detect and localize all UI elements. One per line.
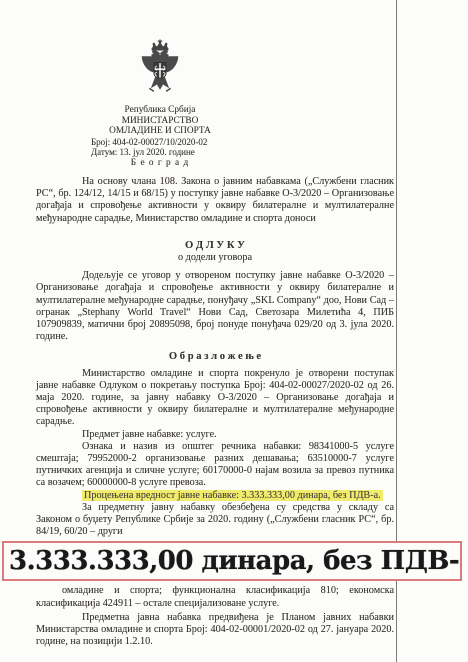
subject-line: Предмет јавне набавке: услуге.	[36, 429, 394, 441]
letterhead: Република Србија МИНИСТАРСТВО ОМЛАДИНЕ И…	[85, 38, 235, 169]
decision-paragraph: Додељује се уговор у отвореном поступку …	[36, 270, 394, 343]
letterhead-country: Република Србија	[85, 105, 235, 116]
decision-title: О Д Л У К У	[36, 240, 394, 252]
document-body: На основу члана 108. Закона о јавним наб…	[36, 176, 394, 649]
explanation-title: О б р а з л о ж е њ е	[36, 351, 394, 363]
letterhead-document-number: Број: 404-02-00027/10/2020-02	[85, 137, 235, 148]
budget-continuation-paragraph: омладине и спорта; функционална класифик…	[36, 585, 394, 609]
coat-of-arms-icon	[137, 38, 183, 102]
plan-paragraph: Предметна јавна набавка предвиђена је Пл…	[36, 612, 394, 649]
letterhead-ministry-line2: ОМЛАДИНЕ И СПОРТА	[85, 126, 235, 137]
budget-paragraph: За предметну јавну набавку обезбеђена су…	[36, 502, 394, 539]
decision-subtitle: о додели уговора	[36, 252, 394, 264]
estimated-value-line: Процењена вредност јавне набавке: 3.333.…	[36, 490, 394, 502]
letterhead-ministry-line1: МИНИСТАРСТВО	[85, 116, 235, 127]
codes-paragraph: Ознака и назив из општег речника набавки…	[36, 441, 394, 490]
explanation-paragraph: Министарство омладине и спорта покренуло…	[36, 368, 394, 429]
magnified-value-callout-box: 3.333.333,00 динара, без ПДВ-а.	[2, 541, 462, 581]
intro-paragraph: На основу члана 108. Закона о јавним наб…	[36, 176, 394, 225]
letterhead-date: Датум: 13. јул 2020. године	[85, 147, 235, 158]
letterhead-city: Б е о г р а д	[85, 158, 235, 169]
scanned-document-page: Република Србија МИНИСТАРСТВО ОМЛАДИНЕ И…	[0, 0, 468, 662]
magnified-value-text: 3.333.333,00 динара, без ПДВ-а.	[4, 555, 462, 567]
estimated-value-highlight: Процењена вредност јавне набавке: 3.333.…	[82, 490, 383, 501]
